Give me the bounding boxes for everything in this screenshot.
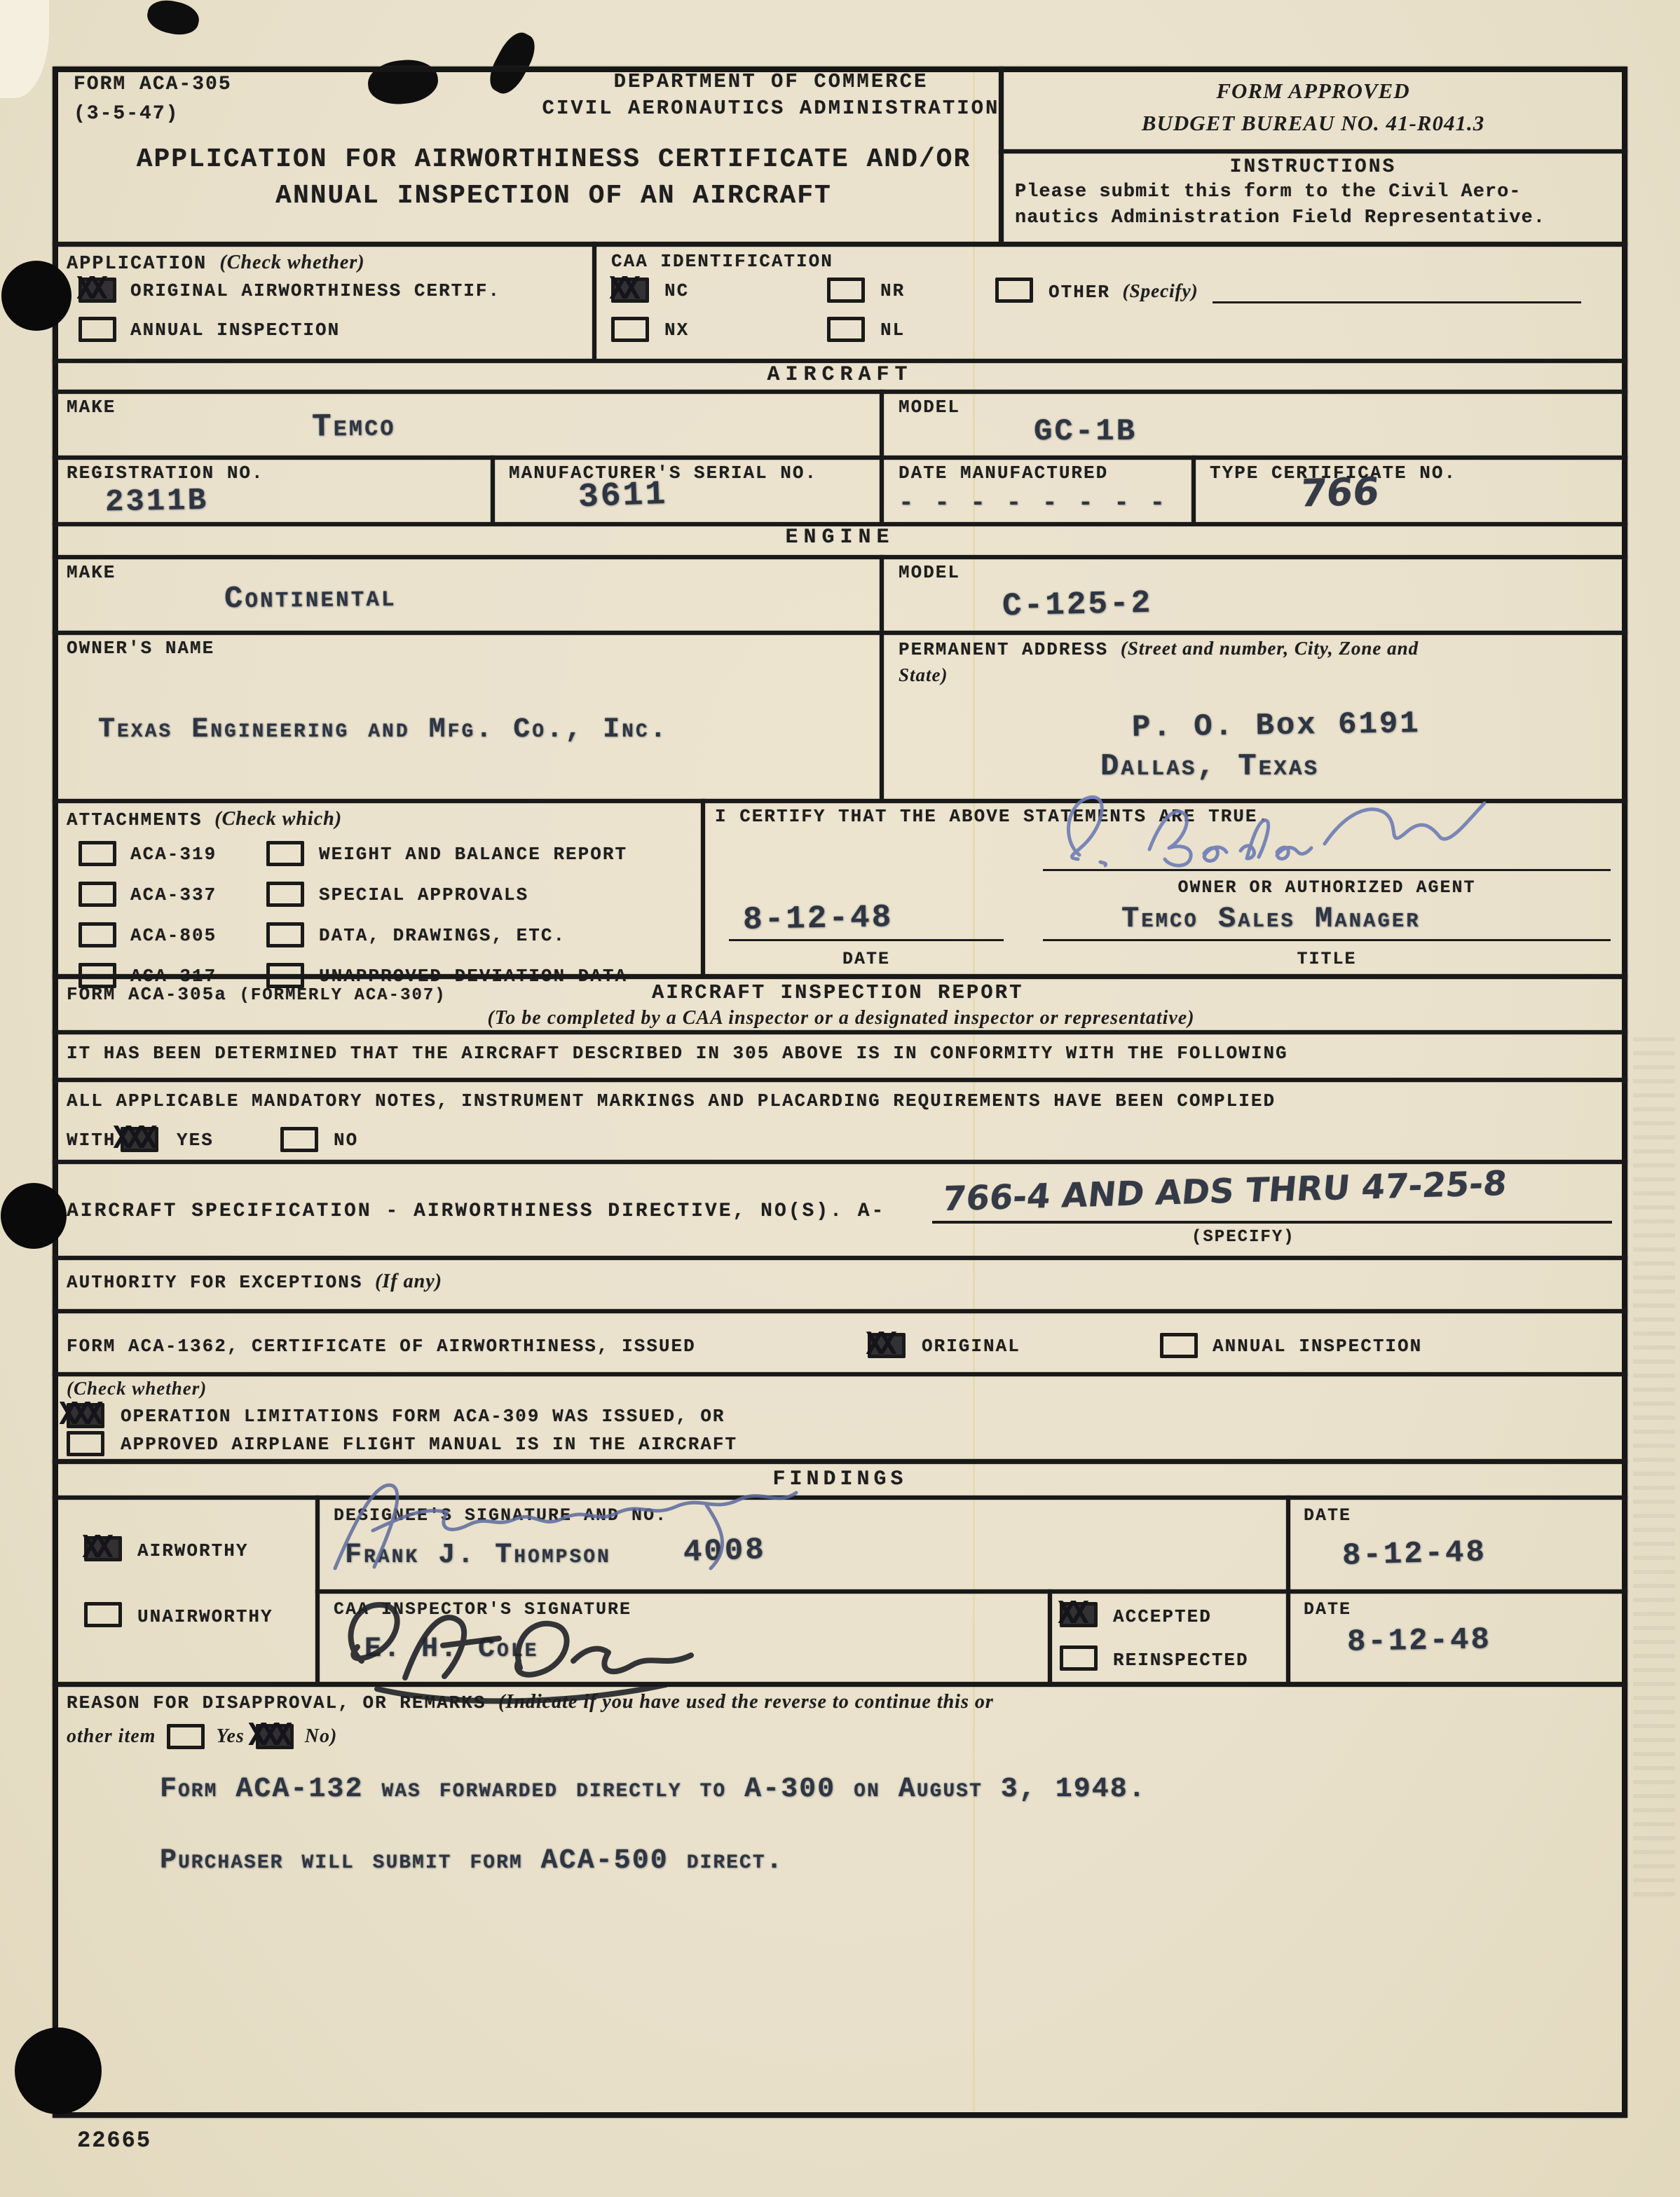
- issued-annual-label: ANNUAL INSPECTION: [1213, 1336, 1422, 1357]
- airworthy-checkbox[interactable]: [84, 1536, 122, 1561]
- certification-date-line[interactable]: [729, 939, 1004, 941]
- engine-model-value: C-125-2: [1002, 587, 1153, 622]
- special-approvals-label: SPECIAL APPROVALS: [319, 884, 528, 906]
- inspection-formerly: (FORMERLY ACA-307): [239, 986, 446, 1005]
- certification-title-line[interactable]: [1043, 939, 1611, 941]
- agency-name: DEPARTMENT OF COMMERCE: [533, 70, 1009, 94]
- certification-date-value: 8-12-48: [743, 901, 894, 936]
- owner-agent-label: OWNER OR AUTHORIZED AGENT: [1043, 877, 1611, 898]
- remarks-no-checkbox[interactable]: [256, 1724, 294, 1749]
- date-manufactured-value: - - - - - - - -: [899, 491, 1168, 516]
- findings-section-title: FINDINGS: [53, 1467, 1627, 1492]
- permanent-address-note: (Street and number, City, Zone and: [1121, 638, 1419, 659]
- permanent-address-note-line2: State): [899, 664, 948, 687]
- type-certificate-value: 766: [1298, 472, 1381, 512]
- serial-value: 3611: [578, 478, 668, 514]
- remarks-yes-no-row: other item Yes No): [67, 1724, 337, 1749]
- aca-805-checkbox[interactable]: [78, 922, 116, 947]
- designee-signature: [314, 1462, 805, 1574]
- owner-name-label: OWNER'S NAME: [67, 638, 214, 659]
- owner-address-line1: P. O. Box 6191: [1132, 709, 1421, 744]
- annual-inspection-checkbox[interactable]: [78, 317, 116, 342]
- compliance-text: ALL APPLICABLE MANDATORY NOTES, INSTRUME…: [67, 1090, 1276, 1112]
- form-approved-label: FORM APPROVED: [999, 78, 1627, 104]
- aca-337-checkbox[interactable]: [78, 882, 116, 907]
- instructions-text: Please submit this form to the Civil Aer…: [1015, 182, 1522, 204]
- form-revision: (3-5-47): [74, 102, 179, 125]
- engine-section-title: ENGINE: [53, 526, 1627, 550]
- other-checkbox[interactable]: [995, 278, 1033, 303]
- special-approvals-checkbox[interactable]: [266, 882, 304, 907]
- determination-text: IT HAS BEEN DETERMINED THAT THE AIRCRAFT…: [67, 1043, 1288, 1065]
- grid-line: [1191, 456, 1196, 522]
- ink-smudge: [144, 0, 202, 39]
- authority-exceptions-label: AUTHORITY FOR EXCEPTIONS (If any): [67, 1270, 442, 1294]
- owner-signature-line[interactable]: [1043, 869, 1611, 871]
- grid-line: [53, 555, 1627, 559]
- nl-checkbox[interactable]: [827, 317, 865, 342]
- grid-line: [701, 799, 705, 974]
- issued-annual-checkbox[interactable]: [1160, 1333, 1198, 1358]
- grid-line: [53, 974, 1627, 979]
- grid-line: [53, 1030, 1627, 1034]
- torn-corner-artifact: [0, 0, 49, 98]
- remarks-label: REASON FOR DISAPPROVAL, OR REMARKS (Indi…: [67, 1690, 994, 1714]
- compliance-yes-label: YES: [177, 1130, 214, 1151]
- specify-label: (SPECIFY): [1191, 1228, 1295, 1247]
- other-specify-line[interactable]: [1213, 301, 1581, 303]
- nc-label: NC: [664, 280, 689, 302]
- operation-limitations-checkbox[interactable]: [67, 1403, 104, 1428]
- certification-title-value: Temco Sales Manager: [1121, 904, 1421, 933]
- remarks-no-label: No): [305, 1725, 338, 1748]
- instructions-text-line2: nautics Administration Field Representat…: [1015, 207, 1545, 230]
- data-drawings-checkbox[interactable]: [266, 922, 304, 947]
- certification-date-label: DATE: [729, 949, 1004, 970]
- page-title: APPLICATION FOR AIRWORTHINESS CERTIFICAT…: [112, 144, 995, 176]
- certification-title-label: TITLE: [1043, 949, 1611, 970]
- weight-balance-label: WEIGHT AND BALANCE REPORT: [319, 844, 627, 865]
- other-specify-note: (Specify): [1123, 280, 1198, 301]
- inspector-date-label: DATE: [1304, 1599, 1351, 1620]
- other-label-text: OTHER: [1049, 282, 1110, 303]
- aircraft-spec-label: AIRCRAFT SPECIFICATION - AIRWORTHINESS D…: [67, 1200, 885, 1223]
- inspector-date-value: 8-12-48: [1347, 1624, 1492, 1658]
- caa-identification-label: CAA IDENTIFICATION: [611, 251, 833, 273]
- operation-limitations-label: OPERATION LIMITATIONS FORM ACA-309 WAS I…: [121, 1406, 725, 1428]
- aircraft-make-label: MAKE: [67, 397, 116, 418]
- remarks-label-text: REASON FOR DISAPPROVAL, OR REMARKS: [67, 1692, 486, 1713]
- nr-label: NR: [880, 280, 905, 302]
- grid-line: [53, 1682, 1627, 1687]
- aca-805-label: ACA-805: [130, 925, 217, 947]
- aircraft-spec-line[interactable]: [932, 1221, 1612, 1224]
- permanent-address-label: PERMANENT ADDRESS (Street and number, Ci…: [899, 638, 1419, 661]
- aca-337-label: ACA-337: [130, 884, 217, 906]
- aircraft-model-label: MODEL: [899, 397, 960, 418]
- compliance-no-checkbox[interactable]: [280, 1127, 318, 1152]
- engine-make-label: MAKE: [67, 562, 116, 584]
- weight-balance-checkbox[interactable]: [266, 841, 304, 866]
- remarks-other-item: other item: [67, 1725, 156, 1748]
- footer-serial-number: 22665: [77, 2128, 151, 2154]
- flight-manual-checkbox[interactable]: [67, 1431, 104, 1456]
- compliance-yes-checkbox[interactable]: [121, 1127, 158, 1152]
- remarks-line2: Purchaser will submit form ACA-500 direc…: [160, 1847, 784, 1875]
- original-airworthiness-label: ORIGINAL AIRWORTHINESS CERTIF.: [130, 280, 500, 302]
- accepted-label: ACCEPTED: [1113, 1606, 1212, 1628]
- authority-label-text: AUTHORITY FOR EXCEPTIONS: [67, 1272, 362, 1293]
- remarks-line1: Form ACA-132 was forwarded directly to A…: [160, 1776, 1147, 1804]
- grid-line: [491, 456, 495, 522]
- remarks-yes-checkbox[interactable]: [167, 1724, 205, 1749]
- attachments-label-text: ATTACHMENTS: [67, 809, 203, 830]
- nx-label: NX: [664, 320, 689, 341]
- bleed-through-artifact: [1633, 1037, 1675, 1906]
- other-label: OTHER (Specify): [1049, 280, 1198, 303]
- scanned-form-page: FORM ACA-305 (3-5-47) DEPARTMENT OF COMM…: [0, 0, 1680, 2197]
- grid-line: [53, 242, 1627, 247]
- issued-original-checkbox[interactable]: [868, 1333, 906, 1358]
- airworthy-label: AIRWORTHY: [137, 1540, 248, 1562]
- flight-manual-label: APPROVED AIRPLANE FLIGHT MANUAL IS IN TH…: [121, 1434, 737, 1456]
- hole-punch: [1, 261, 71, 331]
- remarks-note: (Indicate if you have used the reverse t…: [498, 1691, 994, 1713]
- compliance-no-label: NO: [334, 1130, 358, 1151]
- grid-line: [53, 1372, 1627, 1376]
- hole-punch: [15, 2027, 102, 2114]
- nc-checkbox[interactable]: [611, 278, 649, 303]
- form-number: FORM ACA-305: [74, 73, 232, 96]
- grid-line: [1048, 1589, 1052, 1682]
- aca-319-checkbox[interactable]: [78, 841, 116, 866]
- grid-line: [53, 1256, 1627, 1260]
- nr-checkbox[interactable]: [827, 278, 865, 303]
- attachments-note: (Check which): [214, 808, 342, 830]
- permanent-address-label-text: PERMANENT ADDRESS: [899, 639, 1108, 660]
- authority-note: (If any): [375, 1271, 442, 1292]
- grid-line: [999, 67, 1004, 242]
- registration-value: 2311B: [105, 486, 209, 519]
- instructions-title: INSTRUCTIONS: [999, 156, 1627, 179]
- engine-model-label: MODEL: [899, 562, 960, 584]
- inspection-report-title: AIRCRAFT INSPECTION REPORT: [652, 981, 1023, 1005]
- application-note: (Check whether): [219, 252, 364, 273]
- page-title-line2: ANNUAL INSPECTION OF AN AIRCRAFT: [112, 181, 995, 212]
- grid-line: [880, 631, 884, 799]
- owner-name-value: Texas Engineering and Mfg. Co., Inc.: [98, 716, 669, 744]
- application-section-label: APPLICATION (Check whether): [67, 251, 365, 276]
- grid-line: [53, 1160, 1627, 1164]
- reinspected-label: REINSPECTED: [1113, 1650, 1249, 1671]
- inspection-report-subtitle: (To be completed by a CAA inspector or a…: [210, 1006, 1472, 1029]
- budget-bureau-number: BUDGET BUREAU NO. 41-R041.3: [999, 111, 1627, 137]
- issued-original-label: ORIGINAL: [922, 1336, 1020, 1357]
- original-airworthiness-checkbox[interactable]: [78, 278, 116, 303]
- aca-319-label: ACA-319: [130, 844, 217, 865]
- grid-line: [53, 1309, 1627, 1313]
- inspection-form-ref-text: FORM ACA-305a: [67, 984, 227, 1005]
- annual-inspection-label: ANNUAL INSPECTION: [130, 320, 340, 341]
- nl-label: NL: [880, 320, 905, 341]
- aircraft-model-value: GC-1B: [1034, 416, 1137, 447]
- inspection-form-ref: FORM ACA-305a (FORMERLY ACA-307): [67, 984, 446, 1006]
- owner-address-line2: Dallas, Texas: [1100, 751, 1319, 782]
- engine-make-value: Continental: [224, 582, 397, 615]
- aircraft-make-value: Temco: [312, 410, 396, 443]
- accepted-checkbox[interactable]: [1060, 1602, 1098, 1627]
- unairworthy-label: UNAIRWORTHY: [137, 1606, 273, 1628]
- hole-punch: [1, 1183, 67, 1249]
- grid-line: [880, 555, 884, 631]
- remarks-yes-label: Yes: [216, 1725, 244, 1748]
- agency-name-line2: CIVIL AERONAUTICS ADMINISTRATION: [515, 97, 1027, 121]
- date-manufactured-label: DATE MANUFACTURED: [899, 463, 1108, 484]
- attachments-label: ATTACHMENTS (Check which): [67, 807, 342, 831]
- grid-line: [53, 1496, 1627, 1500]
- unairworthy-checkbox[interactable]: [84, 1602, 122, 1627]
- reinspected-checkbox[interactable]: [1060, 1645, 1098, 1671]
- compliance-with: WITH: [67, 1130, 116, 1151]
- grid-line: [53, 390, 1627, 394]
- registration-label: REGISTRATION NO.: [67, 463, 264, 484]
- grid-line: [53, 456, 1627, 460]
- nx-checkbox[interactable]: [611, 317, 649, 342]
- grid-line: [999, 149, 1627, 153]
- grid-line: [53, 631, 1627, 635]
- designee-date-label: DATE: [1304, 1505, 1351, 1526]
- designee-date-value: 8-12-48: [1341, 1537, 1487, 1571]
- grid-line: [880, 456, 884, 522]
- aircraft-section-title: AIRCRAFT: [53, 363, 1627, 388]
- cert-issued-label: FORM ACA-1362, CERTIFICATE OF AIRWORTHIN…: [67, 1336, 696, 1357]
- data-drawings-label: DATA, DRAWINGS, ETC.: [319, 925, 566, 947]
- grid-line: [53, 1459, 1627, 1464]
- grid-line: [1286, 1496, 1290, 1682]
- grid-line: [53, 1078, 1627, 1082]
- grid-line: [880, 390, 884, 456]
- owner-signature: [1030, 779, 1535, 870]
- grid-line: [592, 242, 596, 359]
